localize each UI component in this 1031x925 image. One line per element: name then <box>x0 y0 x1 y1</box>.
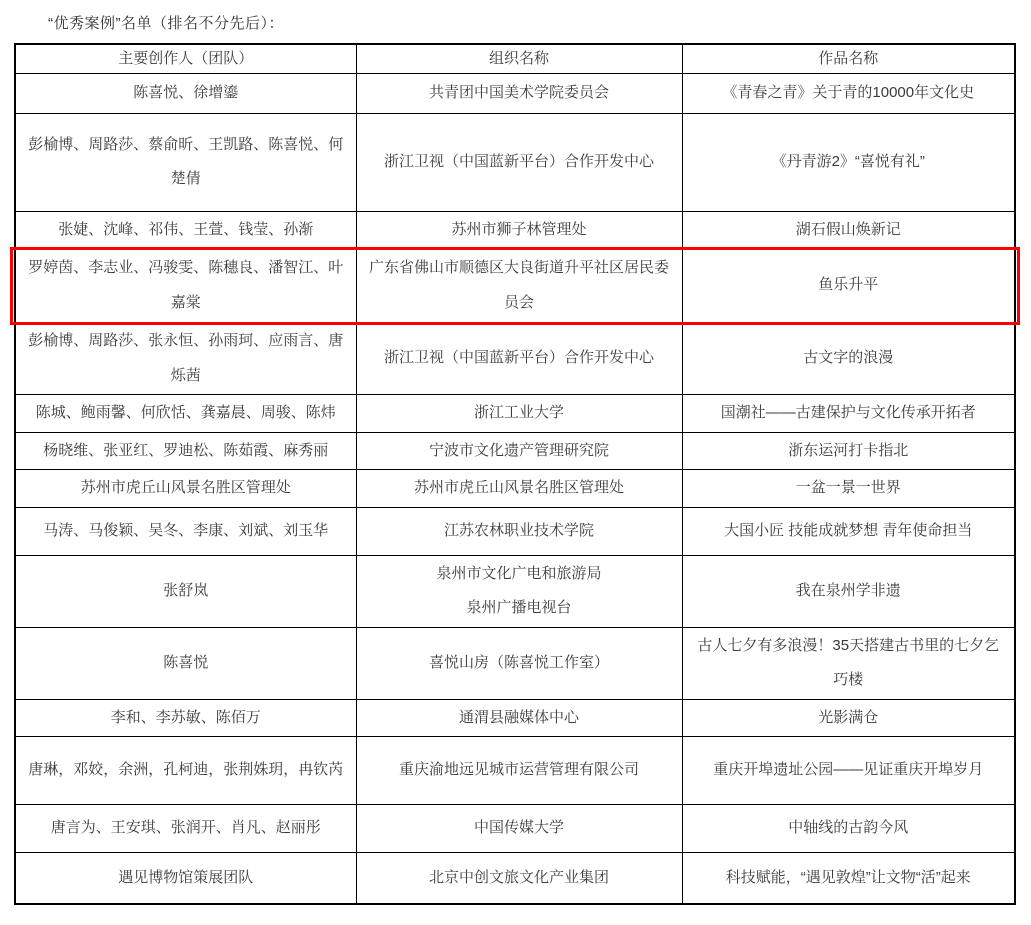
cell-work: 中轴线的古韵今风 <box>682 805 1015 853</box>
cell-work: 鱼乐升平 <box>682 249 1015 323</box>
cell-creators: 杨晓维、张亚红、罗迪松、陈茹霞、麻秀丽 <box>15 432 356 470</box>
cell-work: 光影满仓 <box>682 699 1015 737</box>
cell-work: 我在泉州学非遗 <box>682 555 1015 627</box>
cell-organization: 中国传媒大学 <box>356 805 682 853</box>
cell-creators: 张舒岚 <box>15 555 356 627</box>
cell-creators: 李和、李苏敏、陈佰万 <box>15 699 356 737</box>
page-title: “优秀案例”名单（排名不分先后）： <box>14 12 1031 33</box>
table-row: 陈喜悦喜悦山房（陈喜悦工作室）古人七夕有多浪漫！35天搭建古书里的七夕乞巧楼 <box>15 627 1015 699</box>
table-row: 罗婷茵、李志业、冯骏雯、陈穗良、潘智江、叶嘉棠广东省佛山市顺德区大良街道升平社区… <box>15 249 1015 323</box>
table-row: 遇见博物馆策展团队北京中创文旅文化产业集团科技赋能，“遇见敦煌”让文物“活”起来 <box>15 853 1015 904</box>
cell-organization: 江苏农林职业技术学院 <box>356 507 682 555</box>
cell-creators: 苏州市虎丘山风景名胜区管理处 <box>15 470 356 508</box>
cell-organization: 喜悦山房（陈喜悦工作室） <box>356 627 682 699</box>
cell-creators: 彭榆博、周路莎、蔡俞昕、王凯路、陈喜悦、何楚倩 <box>15 113 356 211</box>
cell-organization: 浙江卫视（中国蓝新平台）合作开发中心 <box>356 323 682 395</box>
cell-organization: 浙江卫视（中国蓝新平台）合作开发中心 <box>356 113 682 211</box>
cell-organization: 共青团中国美术学院委员会 <box>356 73 682 113</box>
cell-creators: 马涛、马俊颖、吴冬、李康、刘斌、刘玉华 <box>15 507 356 555</box>
cell-organization: 北京中创文旅文化产业集团 <box>356 853 682 904</box>
cell-organization: 苏州市狮子林管理处 <box>356 211 682 249</box>
cell-work: 古人七夕有多浪漫！35天搭建古书里的七夕乞巧楼 <box>682 627 1015 699</box>
table-row: 陈城、鲍雨馨、何欣恬、龚嘉晨、周骏、陈炜浙江工业大学国潮社——古建保护与文化传承… <box>15 395 1015 433</box>
table-row: 张舒岚泉州市文化广电和旅游局 泉州广播电视台我在泉州学非遗 <box>15 555 1015 627</box>
table-row: 唐言为、王安琪、张润开、肖凡、赵丽彤中国传媒大学中轴线的古韵今风 <box>15 805 1015 853</box>
cell-work: 一盆一景一世界 <box>682 470 1015 508</box>
cell-creators: 陈喜悦、徐增鎏 <box>15 73 356 113</box>
cell-work: 《丹青游2》“喜悦有礼” <box>682 113 1015 211</box>
col-header-work: 作品名称 <box>682 44 1015 73</box>
cell-creators: 彭榆博、周路莎、张永恒、孙雨珂、应雨言、唐烁茜 <box>15 323 356 395</box>
cell-work: 大国小匠 技能成就梦想 青年使命担当 <box>682 507 1015 555</box>
cell-work: 《青春之青》关于青的10000年文化史 <box>682 73 1015 113</box>
table-row: 李和、李苏敏、陈佰万通渭县融媒体中心光影满仓 <box>15 699 1015 737</box>
table-row: 杨晓维、张亚红、罗迪松、陈茹霞、麻秀丽宁波市文化遗产管理研究院浙东运河打卡指北 <box>15 432 1015 470</box>
cell-creators: 罗婷茵、李志业、冯骏雯、陈穗良、潘智江、叶嘉棠 <box>15 249 356 323</box>
cell-organization: 宁波市文化遗产管理研究院 <box>356 432 682 470</box>
cell-creators: 陈城、鲍雨馨、何欣恬、龚嘉晨、周骏、陈炜 <box>15 395 356 433</box>
cell-creators: 陈喜悦 <box>15 627 356 699</box>
cell-creators: 唐琳，邓姣，余洲，孔柯迪，张荆姝玥，冉钦芮 <box>15 737 356 805</box>
cell-work: 浙东运河打卡指北 <box>682 432 1015 470</box>
col-header-organization: 组织名称 <box>356 44 682 73</box>
table-row: 彭榆博、周路莎、蔡俞昕、王凯路、陈喜悦、何楚倩浙江卫视（中国蓝新平台）合作开发中… <box>15 113 1015 211</box>
cell-organization: 通渭县融媒体中心 <box>356 699 682 737</box>
cell-organization: 泉州市文化广电和旅游局 泉州广播电视台 <box>356 555 682 627</box>
cell-organization: 浙江工业大学 <box>356 395 682 433</box>
table-row: 张婕、沈峰、祁伟、王萱、钱莹、孙渐苏州市狮子林管理处湖石假山焕新记 <box>15 211 1015 249</box>
table-row: 唐琳，邓姣，余洲，孔柯迪，张荆姝玥，冉钦芮重庆渝地远见城市运营管理有限公司重庆开… <box>15 737 1015 805</box>
cell-work: 科技赋能，“遇见敦煌”让文物“活”起来 <box>682 853 1015 904</box>
table-row: 陈喜悦、徐增鎏共青团中国美术学院委员会《青春之青》关于青的10000年文化史 <box>15 73 1015 113</box>
cell-creators: 遇见博物馆策展团队 <box>15 853 356 904</box>
cell-work: 重庆开埠遗址公园——见证重庆开埠岁月 <box>682 737 1015 805</box>
cell-work: 湖石假山焕新记 <box>682 211 1015 249</box>
table-row: 苏州市虎丘山风景名胜区管理处苏州市虎丘山风景名胜区管理处一盆一景一世界 <box>15 470 1015 508</box>
cell-organization: 苏州市虎丘山风景名胜区管理处 <box>356 470 682 508</box>
cell-creators: 唐言为、王安琪、张润开、肖凡、赵丽彤 <box>15 805 356 853</box>
table-row: 彭榆博、周路莎、张永恒、孙雨珂、应雨言、唐烁茜浙江卫视（中国蓝新平台）合作开发中… <box>15 323 1015 395</box>
page: “优秀案例”名单（排名不分先后）： 主要创作人（团队） 组织名称 作品名称 陈喜… <box>0 0 1031 925</box>
table-row: 马涛、马俊颖、吴冬、李康、刘斌、刘玉华江苏农林职业技术学院大国小匠 技能成就梦想… <box>15 507 1015 555</box>
cases-table: 主要创作人（团队） 组织名称 作品名称 陈喜悦、徐增鎏共青团中国美术学院委员会《… <box>14 43 1016 905</box>
cell-work: 古文字的浪漫 <box>682 323 1015 395</box>
cell-creators: 张婕、沈峰、祁伟、王萱、钱莹、孙渐 <box>15 211 356 249</box>
cell-organization: 重庆渝地远见城市运营管理有限公司 <box>356 737 682 805</box>
cell-organization: 广东省佛山市顺德区大良街道升平社区居民委员会 <box>356 249 682 323</box>
header-row: 主要创作人（团队） 组织名称 作品名称 <box>15 44 1015 73</box>
col-header-creators: 主要创作人（团队） <box>15 44 356 73</box>
cell-work: 国潮社——古建保护与文化传承开拓者 <box>682 395 1015 433</box>
